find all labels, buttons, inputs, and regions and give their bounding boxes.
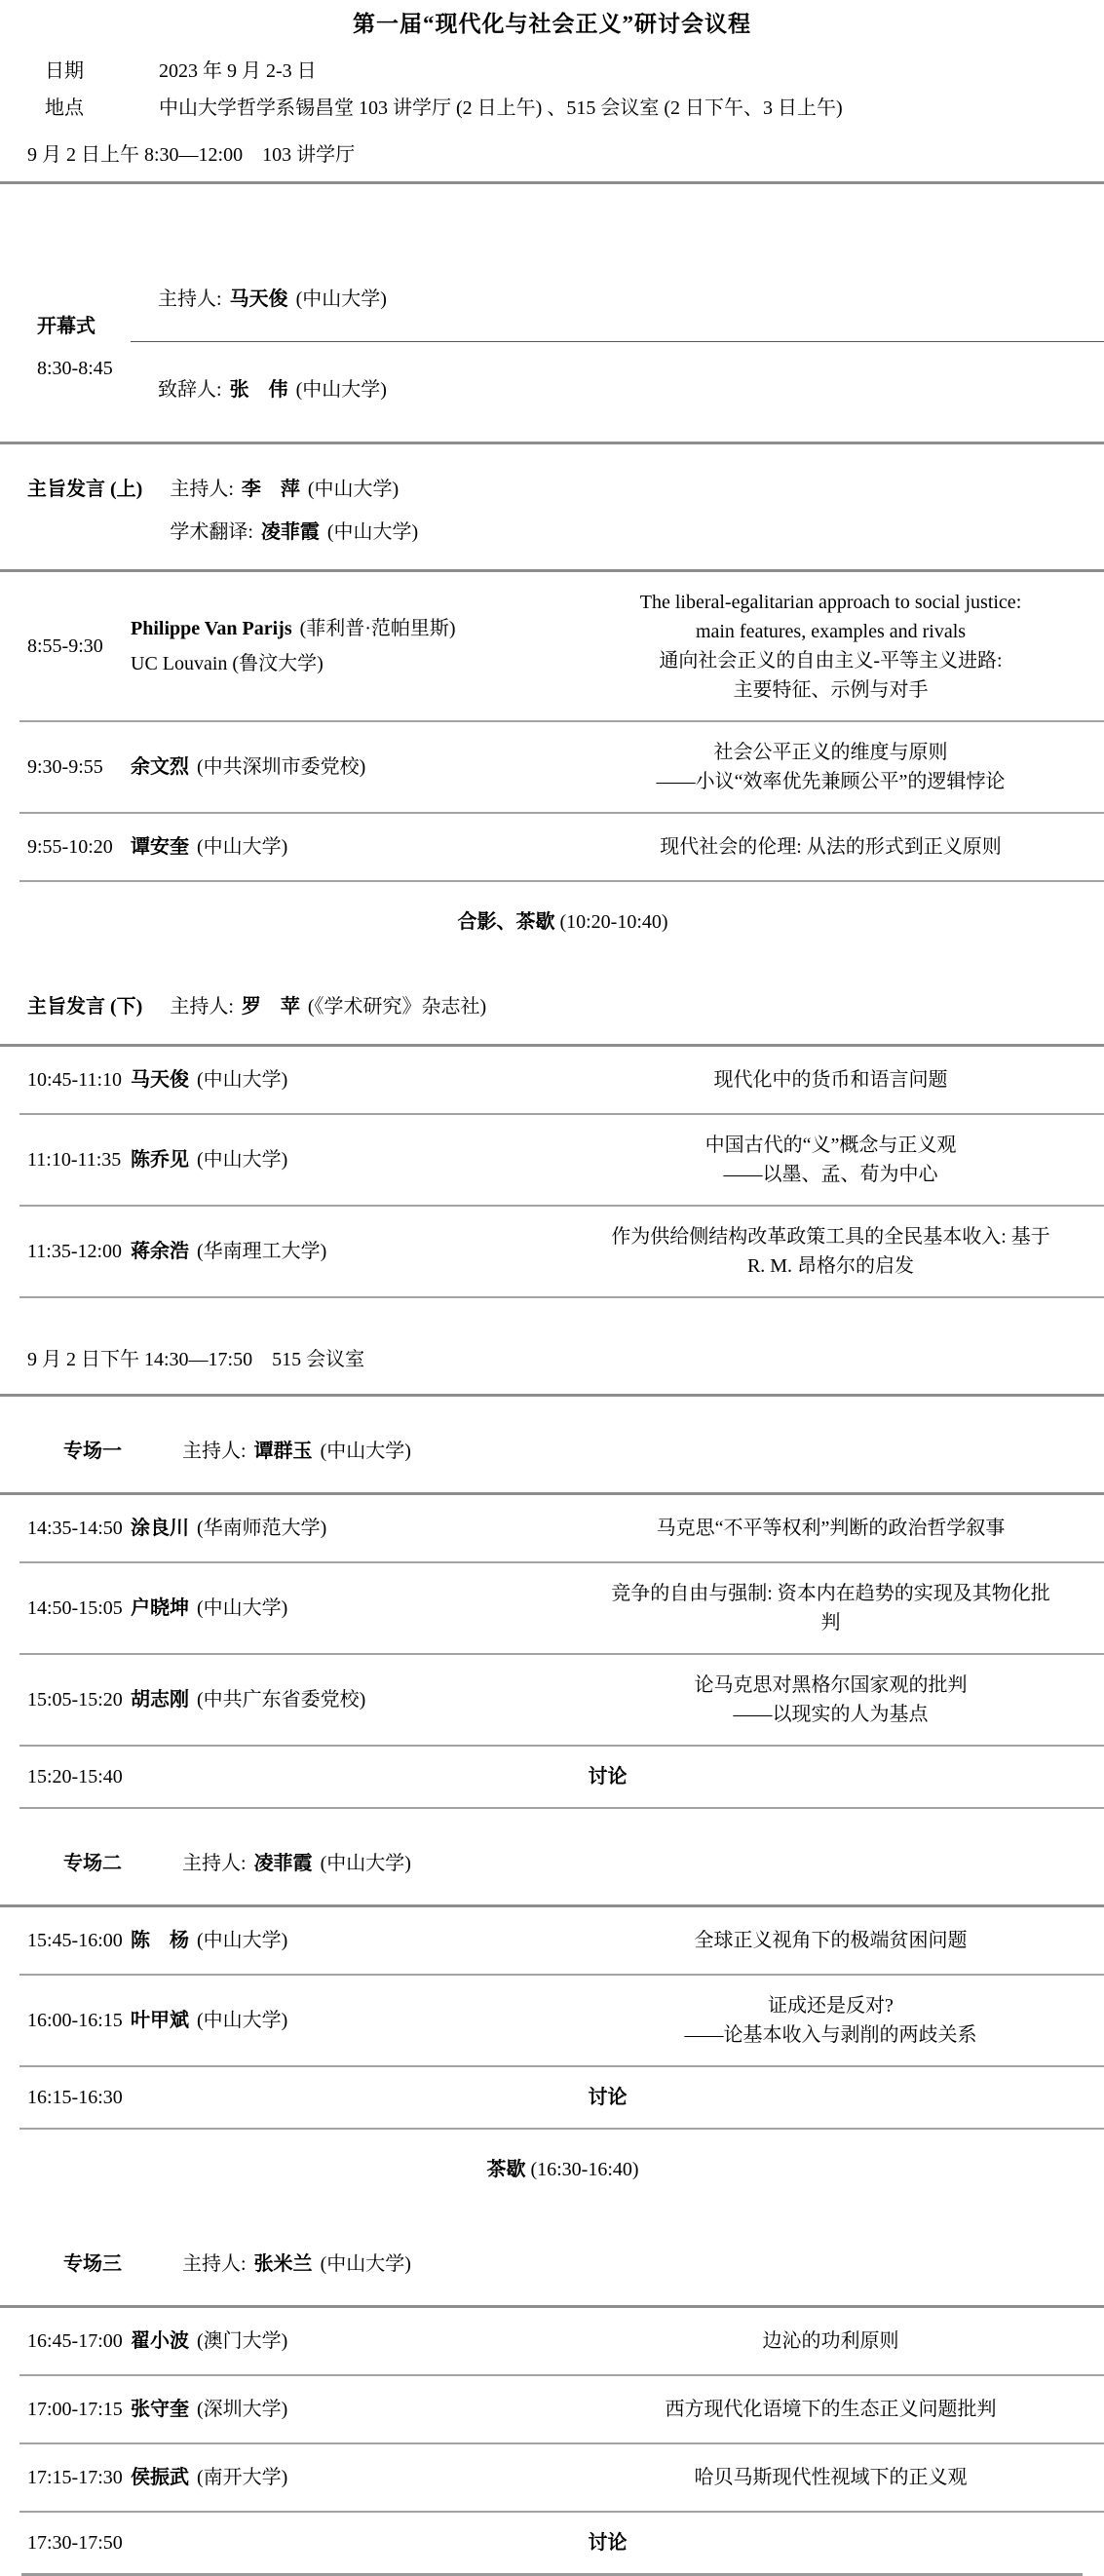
talk-title-line: ——小议“效率优先兼顾公平”的逻辑悖论 [577,767,1085,796]
break-banner: 合影、茶歇 (10:20-10:40) [0,882,1104,962]
speaker-affiliation: (中山大学) [197,836,287,858]
speaker-name: 户晓坤 [131,1597,189,1619]
talk-row: 16:45-17:00翟小波(澳门大学)边沁的功利原则 [0,2308,1104,2374]
speaker-line: 陈乔见(中山大学) [131,1142,577,1177]
host-label: 主持人: [170,479,234,500]
talk-title-line: The liberal-egalitarian approach to soci… [577,588,1085,617]
host-label: 致辞人: [158,379,222,401]
talk-title: 证成还是反对?——论基本收入与剥削的两歧关系 [577,1991,1104,2050]
part-host-line: 学术翻译:凌菲霞(中山大学) [170,511,418,554]
talk-speaker: 余文烈(中共深圳市委党校) [131,750,577,785]
break-banner-time: (16:30-16:40) [525,2159,638,2180]
talk-time: 14:50-15:05 [0,1594,131,1623]
speaker-line: 马天俊(中山大学) [131,1062,577,1097]
talk-title-line: ——论基本收入与剥削的两歧关系 [577,2020,1085,2050]
part-title: 专场一 [63,1430,182,1473]
speaker-affiliation: (中山大学) [197,1069,287,1091]
host-label: 学术翻译: [170,521,253,543]
talk-row: 16:00-16:15叶甲斌(中山大学)证成还是反对?——论基本收入与剥削的两歧… [0,1976,1104,2065]
speaker-affiliation: (南开大学) [197,2467,287,2488]
talk-title-line: 马克思“不平等权利”判断的政治哲学叙事 [577,1514,1085,1543]
part-host-line: 主持人:谭群玉(中山大学) [182,1430,411,1473]
talk-speaker: 陈乔见(中山大学) [131,1142,577,1177]
person-name: 罗 苹 [242,996,300,1018]
opening-right-column: 主持人:马天俊(中山大学)致辞人:张 伟(中山大学) [131,287,1104,403]
opening-label: 开幕式 [37,310,131,338]
talk-row: 17:15-17:30侯振武(南开大学)哈贝马斯现代性视域下的正义观 [0,2444,1104,2511]
person-affiliation: (中山大学) [308,479,399,500]
person-name: 张米兰 [254,2253,313,2275]
speaker-affiliation: (中共深圳市委党校) [197,756,365,778]
opening-ceremony-row: 开幕式8:30-8:45主持人:马天俊(中山大学)致辞人:张 伟(中山大学) [0,184,1104,442]
person-name: 谭群玉 [254,1441,313,1462]
talk-title: 作为供给侧结构改革政策工具的全民基本收入: 基于R. M. 昂格尔的启发 [577,1222,1104,1281]
talk-time: 16:45-17:00 [0,2326,131,2356]
speaker-affiliation: (中山大学) [197,1149,287,1171]
part-header: 主旨发言 (下)主持人:罗 苹(《学术研究》杂志社) [0,962,1104,1044]
talk-title-line: 全球正义视角下的极端贫困问题 [577,1926,1085,1955]
speaker-name: 涂良川 [131,1518,189,1539]
talk-title-line: 论马克思对黑格尔国家观的批判 [577,1671,1085,1700]
talk-title: 全球正义视角下的极端贫困问题 [577,1926,1104,1955]
opening-speech-line: 致辞人:张 伟(中山大学) [131,377,1104,403]
part-hosts: 主持人:谭群玉(中山大学) [182,1430,411,1473]
talk-row: 11:35-12:00蒋余浩(华南理工大学)作为供给侧结构改革政策工具的全民基本… [0,1207,1104,1296]
speaker-name: 余文烈 [131,756,189,778]
person-affiliation: (中山大学) [321,2253,411,2275]
talk-title-line: 竞争的自由与强制: 资本内在趋势的实现及其物化批 [577,1579,1085,1608]
speaker-affiliation: (中共广东省委党校) [197,1689,365,1711]
talk-row: 11:10-11:35陈乔见(中山大学)中国古代的“义”概念与正义观——以墨、孟… [0,1115,1104,1205]
talk-row: 9:30-9:55余文烈(中共深圳市委党校)社会公平正义的维度与原则——小议“效… [0,722,1104,812]
speaker-affiliation: (华南师范大学) [197,1518,326,1539]
talk-title: 哈贝马斯现代性视域下的正义观 [577,2463,1104,2492]
part-hosts: 主持人:凌菲霞(中山大学) [182,1842,411,1885]
part-host-line: 主持人:凌菲霞(中山大学) [182,1842,411,1885]
part-host-line: 主持人:李 萍(中山大学) [170,468,418,511]
talk-time: 15:45-16:00 [0,1926,131,1955]
speaker-name: 谭安奎 [131,836,189,858]
host-label: 主持人: [170,996,234,1018]
part-title: 专场二 [63,1842,182,1885]
talk-speaker: 谭安奎(中山大学) [131,829,577,865]
talk-row: 15:05-15:20胡志刚(中共广东省委党校)论马克思对黑格尔国家观的批判——… [0,1655,1104,1745]
talk-time: 11:35-12:00 [0,1237,131,1266]
speaker-line: 张守奎(深圳大学) [131,2392,577,2427]
talk-title-line: 作为供给侧结构改革政策工具的全民基本收入: 基于 [577,1222,1085,1251]
speaker-affiliation: (深圳大学) [197,2399,287,2420]
person-affiliation: (中山大学) [321,1853,411,1874]
speaker-name: Philippe Van Parijs [131,618,292,639]
person-affiliation: (《学术研究》杂志社) [308,996,486,1018]
speaker-institution-line: UC Louvain (鲁汶大学) [131,646,577,681]
speaker-line: 余文烈(中共深圳市委党校) [131,750,577,785]
talk-title: 马克思“不平等权利”判断的政治哲学叙事 [577,1514,1104,1543]
talk-row: 8:55-9:30Philippe Van Parijs(菲利普·范帕里斯)UC… [0,572,1104,720]
meta-row: 地点中山大学哲学系锡昌堂 103 讲学厅 (2 日上午) 、515 会议室 (2… [0,96,1104,121]
conference-program-page: 第一届“现代化与社会正义”研讨会议程 日期2023 年 9 月 2-3 日地点中… [0,0,1104,2576]
opening-time: 8:30-8:45 [37,358,131,380]
talk-title-line: 哈贝马斯现代性视域下的正义观 [577,2463,1085,2492]
speaker-name: 翟小波 [131,2330,189,2352]
person-affiliation: (中山大学) [296,288,387,310]
part-hosts: 主持人:罗 苹(《学术研究》杂志社) [170,985,486,1028]
person-name: 张 伟 [230,379,288,401]
talk-time: 17:15-17:30 [0,2463,131,2492]
discussion-label: 讨论 [131,2528,1104,2557]
speaker-name: 张守奎 [131,2399,189,2420]
talk-title-line: 边沁的功利原则 [577,2326,1085,2356]
speaker-name: 马天俊 [131,1069,189,1091]
talk-title-line: 证成还是反对? [577,1991,1085,2020]
host-label: 主持人: [182,1441,247,1462]
meta-row: 日期2023 年 9 月 2-3 日 [0,58,1104,84]
talk-speaker: 马天俊(中山大学) [131,1062,577,1097]
talk-row: 10:45-11:10马天俊(中山大学)现代化中的货币和语言问题 [0,1047,1104,1113]
discussion-label: 讨论 [131,2083,1104,2112]
meta-value: 2023 年 9 月 2-3 日 [159,58,317,84]
break-banner-time: (10:20-10:40) [554,911,667,933]
talk-title-line: 西方现代化语境下的生态正义问题批判 [577,2395,1085,2424]
talk-speaker: 陈 杨(中山大学) [131,1923,577,1958]
discussion-row: 15:20-15:40讨论 [0,1747,1104,1807]
talk-time: 10:45-11:10 [0,1065,131,1095]
meta-value: 中山大学哲学系锡昌堂 103 讲学厅 (2 日上午) 、515 会议室 (2 日… [159,96,843,121]
part-title: 主旨发言 (下) [27,985,142,1028]
person-name: 马天俊 [230,288,288,310]
part-header: 专场一主持人:谭群玉(中山大学) [0,1397,1104,1492]
speaker-name: 蒋余浩 [131,1241,189,1262]
talk-title-line: 中国古代的“义”概念与正义观 [577,1131,1085,1160]
talk-title: 社会公平正义的维度与原则——小议“效率优先兼顾公平”的逻辑悖论 [577,738,1104,796]
speaker-line: 户晓坤(中山大学) [131,1591,577,1626]
discussion-row: 17:30-17:50讨论 [0,2513,1104,2573]
talk-title: 现代化中的货币和语言问题 [577,1065,1104,1095]
meta-label: 日期 [45,58,159,84]
talk-row: 9:55-10:20谭安奎(中山大学)现代社会的伦理: 从法的形式到正义原则 [0,814,1104,880]
part-header: 专场三主持人:张米兰(中山大学) [0,2210,1104,2305]
part-hosts: 主持人:张米兰(中山大学) [182,2243,411,2286]
host-label: 主持人: [182,1853,247,1874]
talk-title-line: ——以现实的人为基点 [577,1700,1085,1729]
talk-title: The liberal-egalitarian approach to soci… [577,588,1104,705]
speaker-affiliation: (中山大学) [197,1930,287,1951]
person-affiliation: (中山大学) [321,1441,411,1462]
talk-time: 16:15-16:30 [0,2083,131,2112]
person-name: 凌菲霞 [261,521,320,543]
speaker-affiliation: (中山大学) [197,1597,287,1619]
part-host-line: 主持人:罗 苹(《学术研究》杂志社) [170,985,486,1028]
part-title: 专场三 [63,2243,182,2286]
talk-row: 17:00-17:15张守奎(深圳大学)西方现代化语境下的生态正义问题批判 [0,2376,1104,2442]
talk-title-line: 判 [577,1608,1085,1637]
speaker-line: 叶甲斌(中山大学) [131,2003,577,2038]
program-body: 9 月 2 日上午 8:30—12:00 103 讲学厅开幕式8:30-8:45… [0,142,1104,2576]
speaker-line: 翟小波(澳门大学) [131,2324,577,2359]
talk-title: 中国古代的“义”概念与正义观——以墨、孟、荀为中心 [577,1131,1104,1189]
speaker-line: Philippe Van Parijs(菲利普·范帕里斯) [131,611,577,646]
talk-speaker: 户晓坤(中山大学) [131,1591,577,1626]
talk-time: 17:00-17:15 [0,2395,131,2424]
part-header: 专场二主持人:凌菲霞(中山大学) [0,1809,1104,1904]
talk-time: 15:05-15:20 [0,1685,131,1714]
speaker-line: 谭安奎(中山大学) [131,829,577,865]
person-affiliation: (中山大学) [296,379,387,401]
talk-title: 边沁的功利原则 [577,2326,1104,2356]
talk-speaker: 张守奎(深圳大学) [131,2392,577,2427]
talk-time: 15:20-15:40 [0,1762,131,1791]
host-label: 主持人: [182,2253,247,2275]
opening-host-line: 主持人:马天俊(中山大学) [131,287,1104,312]
speaker-name: 陈 杨 [131,1930,189,1951]
speaker-line: 涂良川(华南师范大学) [131,1511,577,1546]
part-header: 主旨发言 (上)主持人:李 萍(中山大学)学术翻译:凌菲霞(中山大学) [0,444,1104,569]
talk-title-line: 现代社会的伦理: 从法的形式到正义原则 [577,832,1085,862]
talk-speaker: 胡志刚(中共广东省委党校) [131,1682,577,1717]
divider-row [19,1296,1104,1298]
talk-title: 西方现代化语境下的生态正义问题批判 [577,2395,1104,2424]
speaker-affiliation: (中山大学) [197,2010,287,2031]
talk-time: 9:30-9:55 [0,752,131,782]
talk-time: 14:35-14:50 [0,1514,131,1543]
page-title: 第一届“现代化与社会正义”研讨会议程 [0,0,1104,39]
break-banner-title: 合影、茶歇 [457,911,554,933]
talk-row: 14:50-15:05户晓坤(中山大学)竞争的自由与强制: 资本内在趋势的实现及… [0,1563,1104,1653]
talk-title: 竞争的自由与强制: 资本内在趋势的实现及其物化批判 [577,1579,1104,1637]
host-label: 主持人: [158,288,222,310]
speaker-affiliation: (华南理工大学) [197,1241,326,1262]
part-host-line: 主持人:张米兰(中山大学) [182,2243,411,2286]
speaker-line: 蒋余浩(华南理工大学) [131,1234,577,1269]
talk-title: 现代社会的伦理: 从法的形式到正义原则 [577,832,1104,862]
discussion-row: 16:15-16:30讨论 [0,2067,1104,2128]
talk-speaker: Philippe Van Parijs(菲利普·范帕里斯)UC Louvain … [131,611,577,681]
speaker-name: 侯振武 [131,2467,189,2488]
person-name: 凌菲霞 [254,1853,313,1874]
talk-title-line: R. M. 昂格尔的启发 [577,1251,1085,1281]
talk-title-line: 通向社会正义的自由主义-平等主义进路: [577,646,1085,675]
talk-row: 14:35-14:50涂良川(华南师范大学)马克思“不平等权利”判断的政治哲学叙… [0,1495,1104,1561]
person-affiliation: (中山大学) [327,521,418,543]
talk-title: 论马克思对黑格尔国家观的批判——以现实的人为基点 [577,1671,1104,1729]
talk-title-line: 现代化中的货币和语言问题 [577,1065,1085,1095]
talk-time: 17:30-17:50 [0,2528,131,2557]
opening-inner-divider [131,341,1104,342]
talk-title-line: 主要特征、示例与对手 [577,675,1085,705]
speaker-line: 侯振武(南开大学) [131,2460,577,2495]
talk-row: 15:45-16:00陈 杨(中山大学)全球正义视角下的极端贫困问题 [0,1907,1104,1974]
talk-speaker: 侯振武(南开大学) [131,2460,577,2495]
part-title: 主旨发言 (上) [27,468,142,554]
session-header: 9 月 2 日上午 8:30—12:00 103 讲学厅 [0,142,1104,168]
meta-section: 日期2023 年 9 月 2-3 日地点中山大学哲学系锡昌堂 103 讲学厅 (… [0,58,1104,121]
talk-title-line: ——以墨、孟、荀为中心 [577,1160,1085,1189]
talk-speaker: 涂良川(华南师范大学) [131,1511,577,1546]
break-banner-title: 茶歇 [486,2159,525,2180]
person-name: 李 萍 [242,479,300,500]
talk-title-line: 社会公平正义的维度与原则 [577,738,1085,767]
talk-time: 11:10-11:35 [0,1145,131,1174]
talk-speaker: 蒋余浩(华南理工大学) [131,1234,577,1269]
talk-speaker: 翟小波(澳门大学) [131,2324,577,2359]
speaker-name: 叶甲斌 [131,2010,189,2031]
session-header: 9 月 2 日下午 14:30—17:50 515 会议室 [0,1347,1104,1372]
speaker-name: 胡志刚 [131,1689,189,1711]
speaker-line: 陈 杨(中山大学) [131,1923,577,1958]
talk-speaker: 叶甲斌(中山大学) [131,2003,577,2038]
talk-time: 8:55-9:30 [0,632,131,661]
speaker-line: 胡志刚(中共广东省委党校) [131,1682,577,1717]
discussion-label: 讨论 [131,1762,1104,1791]
talk-time: 9:55-10:20 [0,832,131,862]
part-hosts: 主持人:李 萍(中山大学)学术翻译:凌菲霞(中山大学) [170,468,418,554]
speaker-name: 陈乔见 [131,1149,189,1171]
meta-label: 地点 [45,96,159,121]
speaker-affiliation: (澳门大学) [197,2330,287,2352]
talk-title-line: main features, examples and rivals [577,617,1085,646]
break-banner: 茶歇 (16:30-16:40) [0,2130,1104,2210]
opening-left-column: 开幕式8:30-8:45 [0,287,131,403]
talk-time: 16:00-16:15 [0,2006,131,2035]
speaker-affiliation: (菲利普·范帕里斯) [300,618,456,639]
